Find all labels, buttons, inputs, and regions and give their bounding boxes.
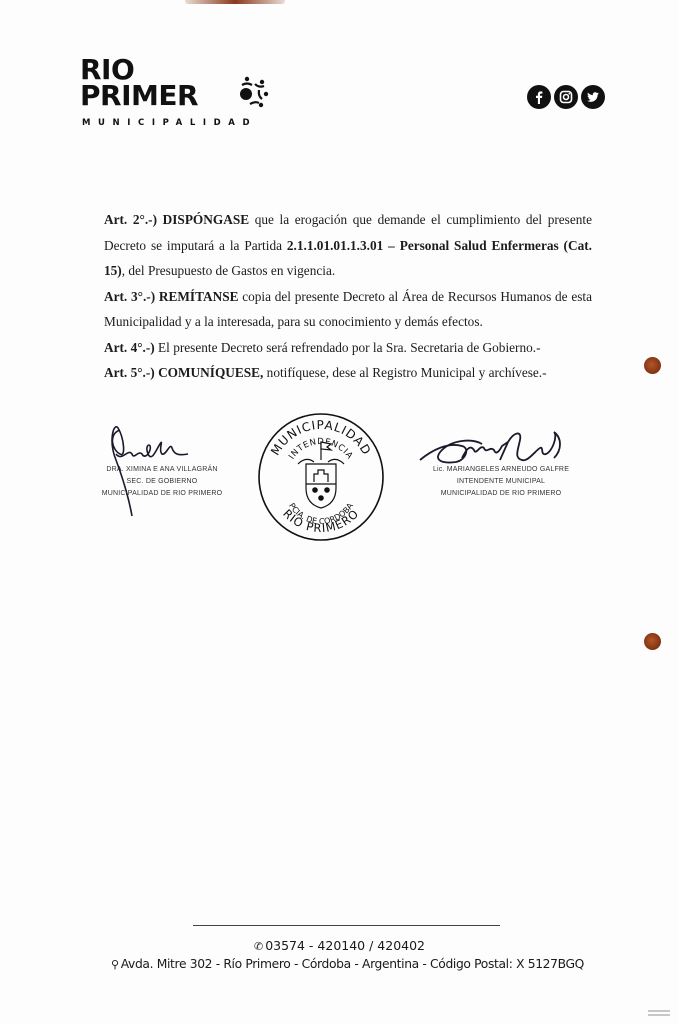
footer-divider (193, 925, 500, 926)
signer-name: Lic. MARIANGELES ARNEUDO GALFRE (426, 464, 576, 476)
signature-caption: Lic. MARIANGELES ARNEUDO GALFRE INTENDEN… (426, 464, 576, 500)
article-keyword: DISPÓNGASE (163, 212, 249, 227)
municipality-logo: RIO PRIMER MUNICIPALIDAD (80, 56, 280, 136)
footer-address: ⚲Avda. Mitre 302 - Río Primero - Córdoba… (0, 957, 679, 971)
article-text: notifíquese, dese al Registro Municipal … (263, 365, 546, 380)
punch-hole (644, 633, 661, 650)
social-icons (527, 85, 605, 109)
twitter-icon[interactable] (581, 85, 605, 109)
signature-secretary: DRA. XIMINA E ANA VILLAGRÁN SEC. DE GOBI… (98, 420, 228, 520)
signer-role: INTENDENTE MUNICIPAL (426, 476, 576, 488)
article-keyword: REMÍTANSE (159, 289, 239, 304)
article-4: Art. 4°.-) El presente Decreto será refr… (104, 335, 592, 361)
logo-line-primer: PRIMER (80, 84, 198, 108)
article-number: Art. 5°.-) (104, 365, 155, 380)
punch-hole (644, 357, 661, 374)
coat-of-arms-icon (298, 442, 344, 508)
article-number: Art. 2°.-) (104, 212, 157, 227)
article-text: El presente Decreto será refrendado por … (155, 340, 541, 355)
instagram-icon[interactable] (554, 85, 578, 109)
paper-clip-mark (185, 0, 285, 4)
article-keyword: COMUNÍQUESE, (158, 365, 263, 380)
article-text: , del Presupuesto de Gastos en vigencia. (122, 263, 335, 278)
handwritten-signature-icon (98, 420, 228, 520)
map-pin-icon: ⚲ (111, 958, 119, 971)
signer-org: MUNICIPALIDAD DE RIO PRIMERO (426, 488, 576, 500)
decree-body: Art. 2°.-) DISPÓNGASE que la erogación q… (104, 207, 592, 386)
municipal-seal: MUNICIPALIDAD INTENDENCIA PCIA. DE CORDO… (256, 412, 386, 542)
phone-icon: ✆ (254, 940, 263, 953)
sun-people-icon (234, 74, 270, 110)
article-2: Art. 2°.-) DISPÓNGASE que la erogación q… (104, 207, 592, 284)
signature-mayor: Lic. MARIANGELES ARNEUDO GALFRE INTENDEN… (412, 420, 577, 515)
article-5: Art. 5°.-) COMUNÍQUESE, notifíquese, des… (104, 360, 592, 386)
phone-number: 03574 - 420140 / 420402 (265, 938, 425, 953)
article-number: Art. 3°.-) (104, 289, 155, 304)
logo-subtitle: MUNICIPALIDAD (82, 118, 257, 128)
facebook-icon[interactable] (527, 85, 551, 109)
article-3: Art. 3°.-) REMÍTANSE copia del presente … (104, 284, 592, 335)
address-text: Avda. Mitre 302 - Río Primero - Córdoba … (121, 957, 584, 971)
article-number: Art. 4°.-) (104, 340, 155, 355)
scanner-watermark (648, 1010, 670, 1018)
footer-phone: ✆03574 - 420140 / 420402 (0, 938, 679, 953)
